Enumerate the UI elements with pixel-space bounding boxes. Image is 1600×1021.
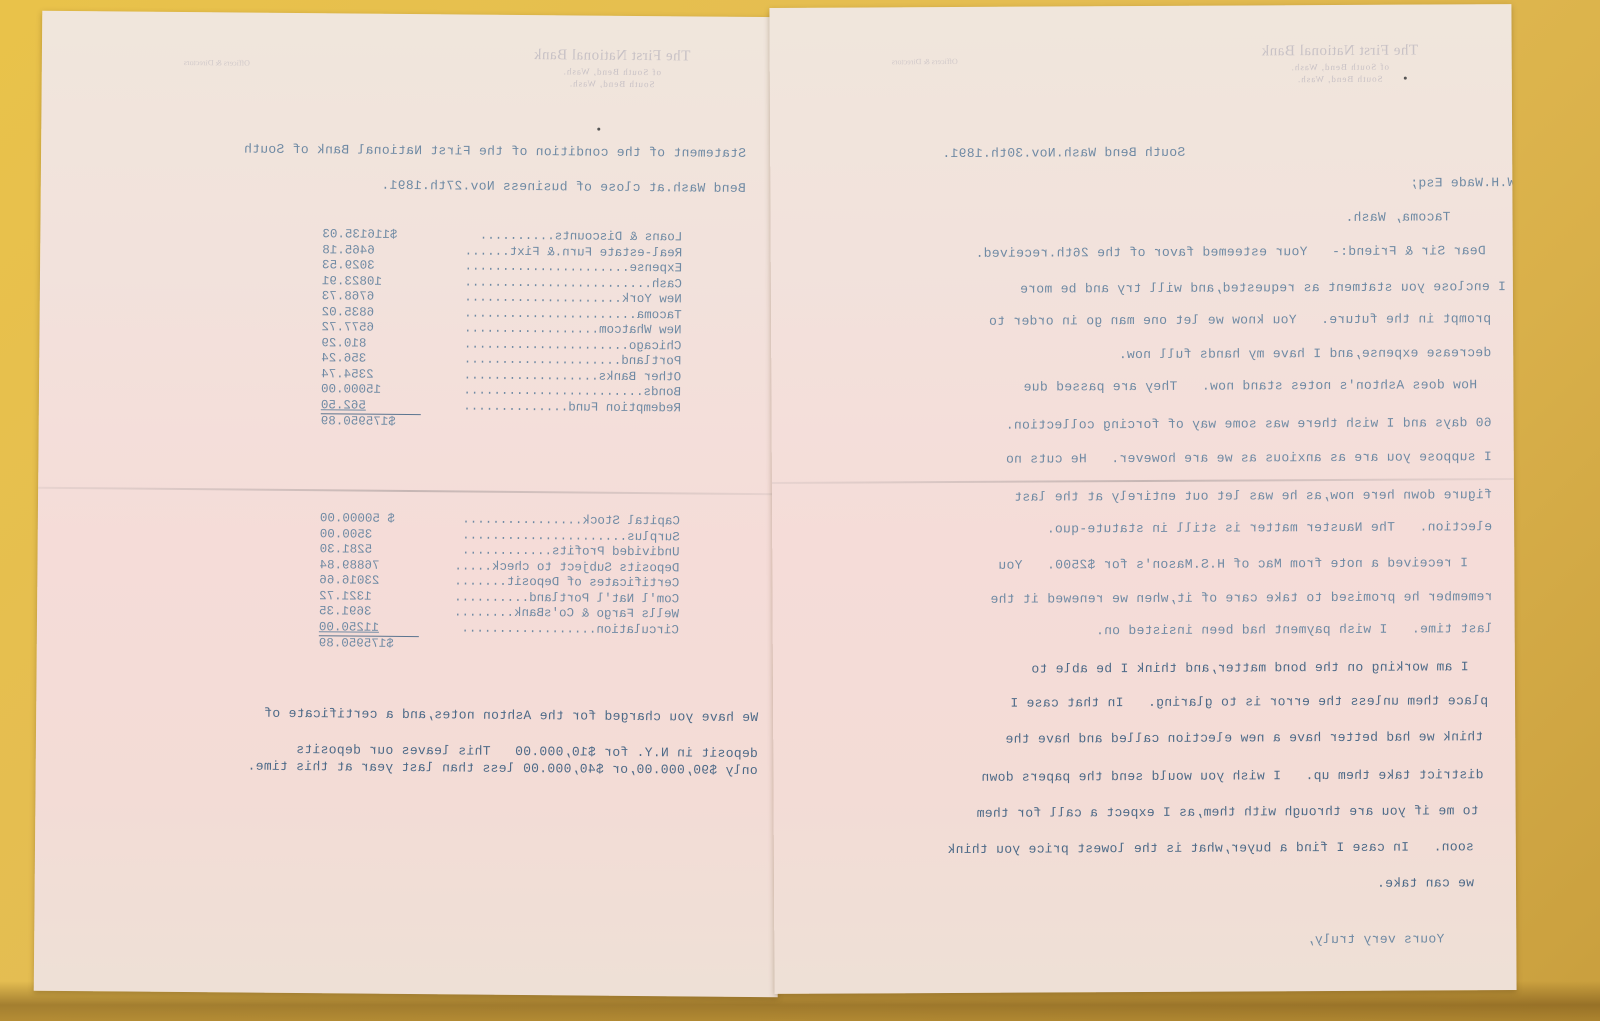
officers-block: Officers & Directors [142, 58, 292, 69]
letter-page: The First National Bank of South Bend, W… [769, 4, 1516, 994]
letterhead: The First National Bank of South Bend, W… [1210, 42, 1470, 84]
ledger-value: 10823.91 [322, 274, 422, 290]
ledger-value: 6768.73 [322, 289, 422, 305]
letterhead-bank-name: The First National Bank [1210, 42, 1470, 60]
ledger-value: 6465.18 [322, 243, 422, 259]
letter-line: I received a note from Mac of H.S.Mason'… [872, 554, 1492, 575]
ledger-value: 810.29 [321, 336, 421, 352]
letter-line: I suppose you are as anxious as we are h… [872, 448, 1492, 469]
ledger-total-value: $175950.89 [321, 413, 421, 430]
letter-line: prompt in the future. You know we let on… [871, 310, 1491, 331]
letter-line: Dear Sir & Friend:- Your esteemed favor … [866, 242, 1486, 263]
statement-heading-2: Bend Wash.at close of business Nov.27th.… [266, 176, 746, 198]
ledger-value: 5281.30 [320, 542, 420, 558]
ledger-value: 11250.00 [319, 620, 419, 636]
letter-line: I enclose you statment as requested,and … [886, 278, 1506, 299]
letter-line: we can take. [854, 874, 1474, 895]
ledger-value: $ 50000.00 [320, 511, 420, 527]
ledger-total: $175950.89 [311, 413, 681, 433]
letter-line: last time. I wish payment had been insis… [873, 620, 1493, 641]
ledger-value: 3691.35 [319, 604, 419, 620]
paper-fold [38, 487, 782, 495]
liabilities-ledger: Capital Stock................$ 50000.00S… [309, 511, 680, 655]
paper-fold [772, 478, 1514, 484]
letter-line: think we had better have a new election … [863, 728, 1483, 749]
statement-page: The First National Bank of South Bend, W… [34, 11, 787, 997]
letter-line: I am working on the bond matter,and thin… [873, 658, 1493, 679]
letter-line: to me if you are through with them,as I … [859, 802, 1479, 823]
ledger-value: 356.24 [321, 351, 421, 367]
letter-body: Dear Sir & Friend:- Your esteemed favor … [769, 4, 1511, 8]
ledger-value: 3500.00 [320, 527, 420, 543]
letter-line: 60 days and I wish there was some way of… [872, 414, 1492, 435]
paper-mark [597, 128, 600, 131]
statement-heading-1: Statement of the condition of the First … [136, 140, 746, 163]
addressee: W.H.Wade Esq; [1315, 174, 1515, 193]
dateline: South Bend Wash.Nov.30th.1891. [885, 144, 1185, 164]
ledger-value: 3029.53 [322, 258, 422, 274]
ledger-value: $116135.03 [322, 227, 422, 243]
letter-line: election. The Nauster matter is still in… [872, 518, 1492, 539]
closing: Yours very truly, [1194, 930, 1444, 949]
ledger-total: $175950.89 [309, 635, 679, 655]
letter-line: district take them up. I wish you would … [863, 766, 1483, 787]
ledger-value: 76889.84 [319, 558, 419, 574]
ledger-value: 6577.72 [321, 320, 421, 336]
letter-line: remember he promised to take care of it,… [872, 588, 1492, 609]
letter-line: figure down here now,as he was let out e… [872, 486, 1492, 507]
ledger-value: 23016.66 [319, 573, 419, 589]
ledger-value: 562.50 [321, 398, 421, 414]
letterhead-line3: South Bend, Wash. [1210, 73, 1470, 84]
letterhead-line2: of South Bend, Wash. [482, 66, 742, 78]
letterhead-line2: of South Bend, Wash. [1210, 61, 1470, 72]
ledger-value: 2354.74 [321, 367, 421, 383]
letterhead-line3: South Bend, Wash. [482, 78, 742, 90]
letterhead: The First National Bank of South Bend, W… [482, 47, 742, 90]
resources-ledger: Loans & Discounts..........$116135.03Rea… [311, 227, 683, 433]
note-line-1: We have you charged for the Ashton notes… [98, 703, 758, 727]
address: Tacoma, Wash. [1250, 208, 1450, 227]
ledger-value: 15000.00 [321, 382, 421, 398]
letter-line: soon. In case I find a buyer,what is the… [854, 838, 1474, 859]
letterhead-bank-name: The First National Bank [482, 47, 742, 66]
letter-line: How does Ashton's notes stand now. They … [881, 376, 1501, 397]
officers-block: Officers & Directors [850, 57, 1000, 68]
paper-mark [1404, 77, 1407, 80]
ledger-total-value: $175950.89 [319, 635, 419, 652]
ledger-value: 1321.72 [319, 589, 419, 605]
ledger-value: 6835.02 [322, 305, 422, 321]
letter-line: place them unless the error is to glarin… [868, 692, 1488, 713]
letter-line: decrease expense,and I have my hands ful… [871, 344, 1491, 365]
